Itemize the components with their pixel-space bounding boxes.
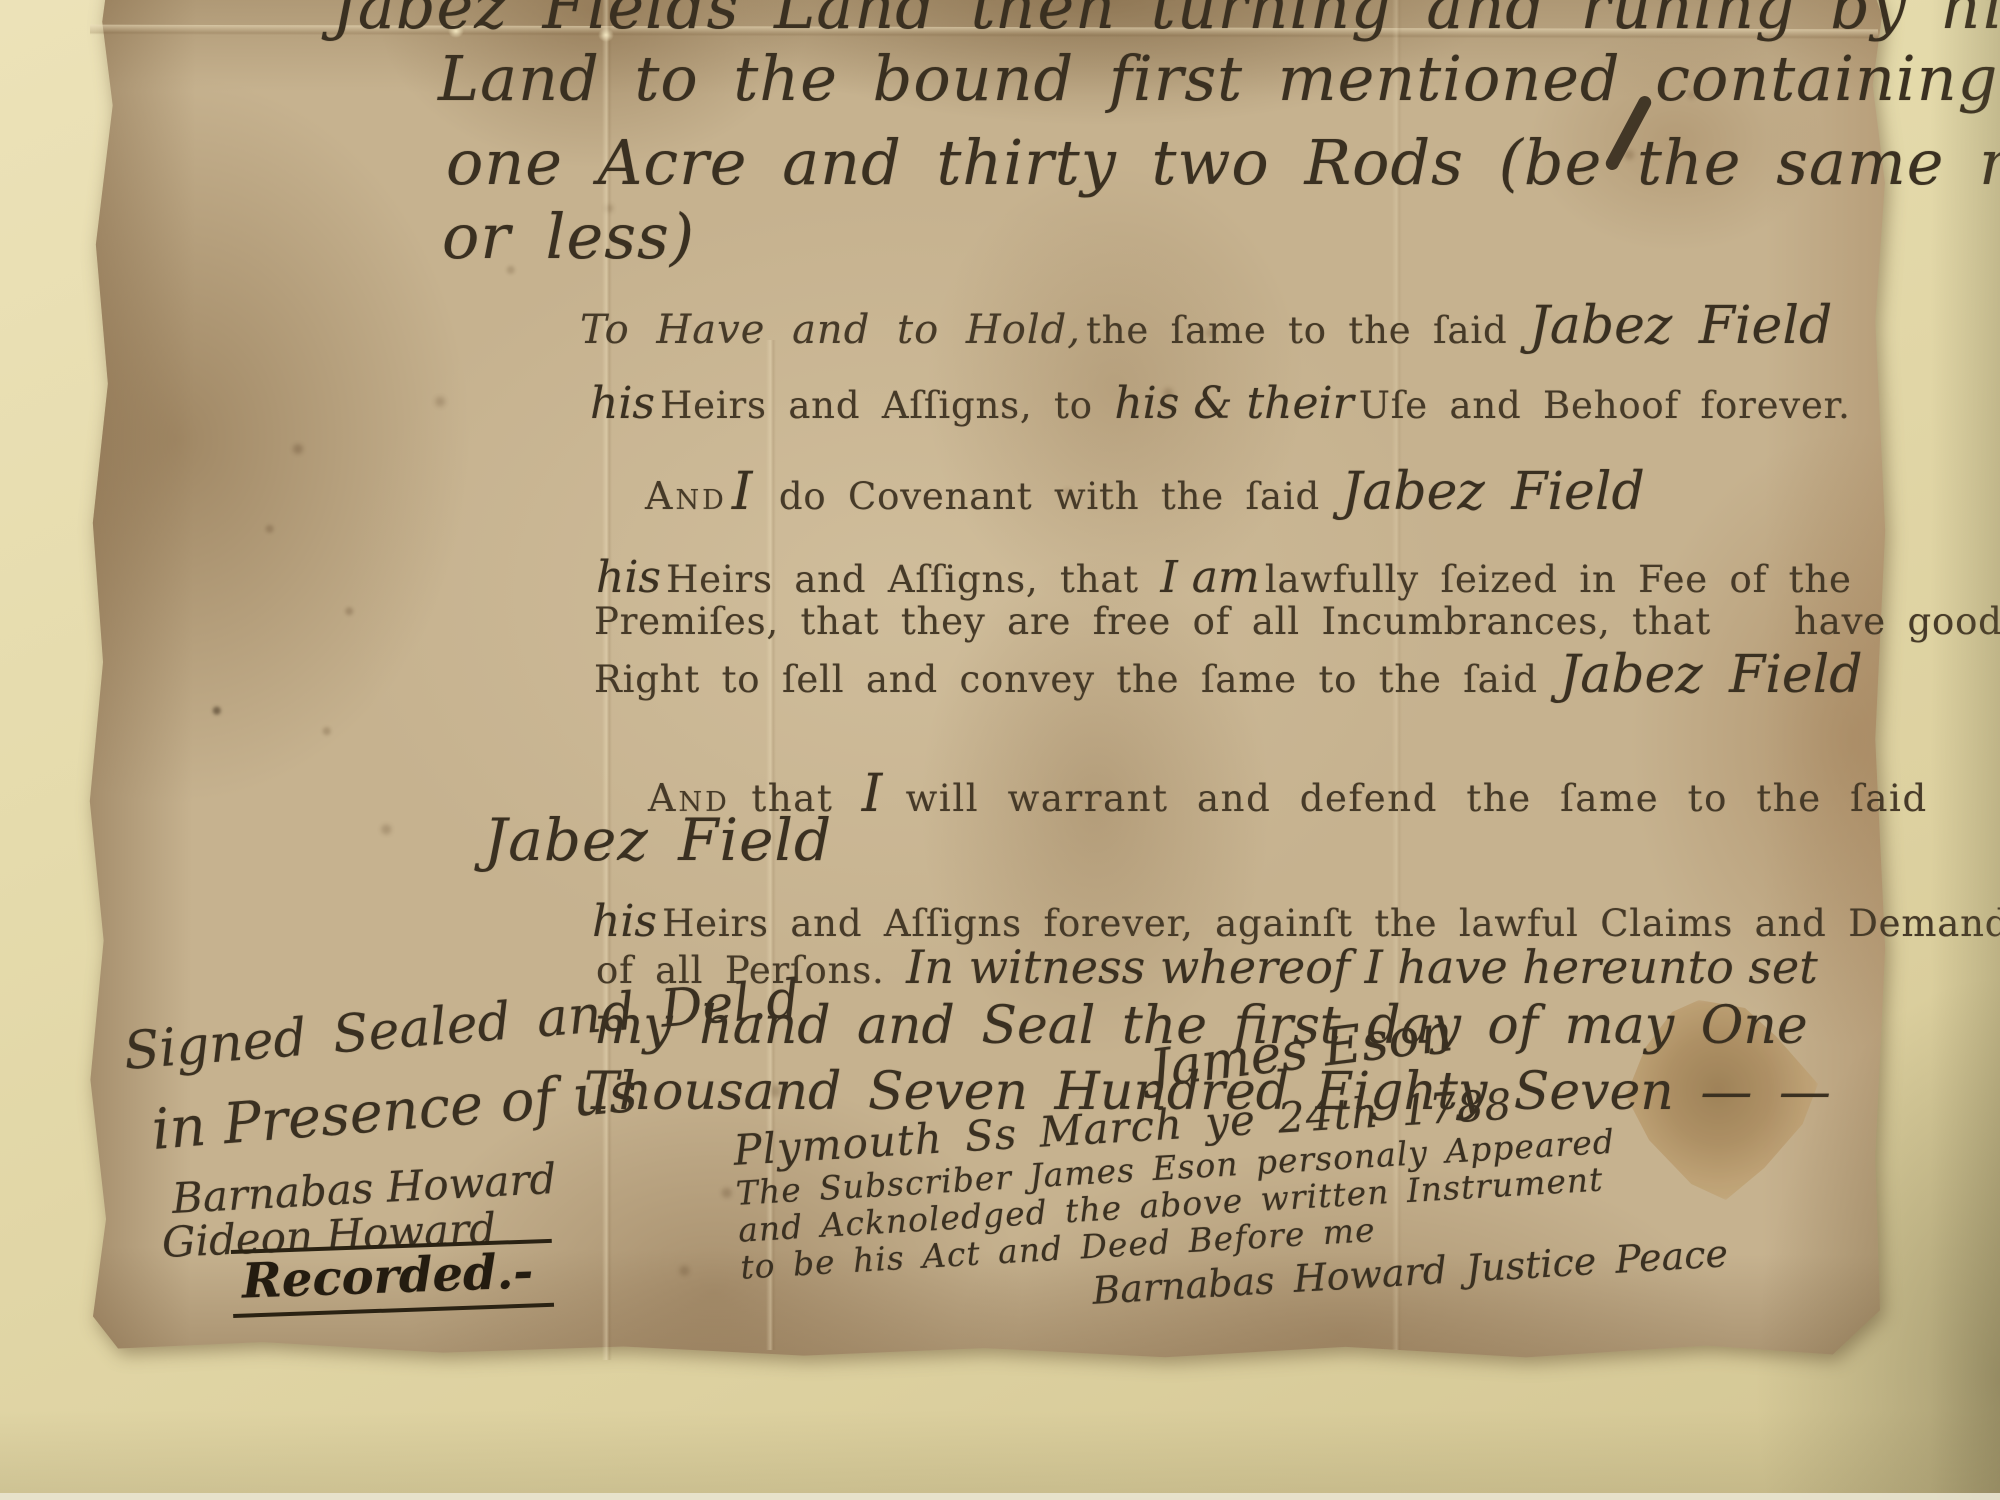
deed-photo: Jabez Fields Land then turning and runin…: [0, 0, 2000, 1500]
deed-line-8: his Heirs and Aſſigns, that I am lawfull…: [596, 552, 1852, 603]
habendum-printed: the ſame to the ſaid: [1086, 309, 1529, 352]
deed-line-2: Land to the bound first mentioned contai…: [438, 42, 1998, 115]
line-6-printed-b: Uſe and Behoof forever.: [1359, 384, 1851, 427]
deed-line-4-script: or less): [442, 200, 695, 273]
deed-line-2-script: Land to the bound first mentioned contai…: [438, 42, 1998, 115]
deed-line-1: Jabez Fields Land then turning and runin…: [332, 0, 2000, 43]
deed-line-3-script: one Acre and thirty two Rods (be the sam…: [446, 126, 2000, 199]
deed-line-7-covenant: And I do Covenant with the ſaid Jabez Fi…: [645, 462, 1645, 522]
line-6-printed-a: Heirs and Aſſigns, to: [660, 384, 1114, 427]
deed-text-layer: Jabez Fields Land then turning and runin…: [0, 0, 2000, 1500]
deed-line-11-warranty: And that I will warrant and defend the ſ…: [648, 764, 1928, 824]
deed-line-1-script: Jabez Fields Land then turning and runin…: [332, 0, 2000, 43]
line-10-grantee-name: Jabez Field: [1559, 645, 1862, 705]
presence-text: in Presence of us: [149, 1060, 639, 1163]
line-11-script-i: I: [862, 764, 884, 824]
line-8-script-his: his: [596, 552, 661, 603]
presence-line: in Presence of us: [149, 1060, 639, 1163]
recorded-text: Recorded.-: [231, 1239, 554, 1318]
deed-line-12-grantee-name: Jabez Field: [484, 806, 832, 874]
deed-line-3: one Acre and thirty two Rods (be the sam…: [446, 126, 2000, 199]
line-7-script-i: I: [732, 462, 779, 522]
line-8-printed-b: lawfully ſeized in Fee of the: [1265, 558, 1852, 601]
line-6-script-his: his: [590, 378, 655, 429]
line-9-printed-a: Premiſes, that they are free of all Incu…: [594, 600, 1711, 643]
recorded-notation: Recorded.-: [231, 1243, 554, 1310]
line-7-grantee-name: Jabez Field: [1342, 462, 1645, 522]
line-11-printed: will warrant and defend the ſame to the …: [906, 777, 1928, 820]
grantee-name-script: Jabez Field: [1529, 296, 1832, 356]
deed-line-6: his Heirs and Aſſigns, to his & their Uſ…: [590, 378, 1851, 429]
line-7-printed: do Covenant with the ſaid: [779, 475, 1342, 518]
line-12-grantee-name-script: Jabez Field: [484, 806, 832, 874]
mat-bottom-edge: [0, 1493, 2000, 1500]
line-10-printed: Right to ſell and convey the ſame to the…: [594, 658, 1559, 701]
line-14-script: In witness whereof I have hereunto set: [906, 940, 1818, 994]
line-8-printed-a: Heirs and Aſſigns, that: [666, 558, 1160, 601]
habendum-printed-italic: To Have and to Hold,: [580, 307, 1081, 353]
line-7-printed-and: And: [645, 474, 727, 518]
deed-line-4: or less): [442, 200, 695, 273]
deed-line-9: Premiſes, that they are free of all Incu…: [594, 600, 2000, 643]
line-9-printed-b: have good: [1794, 600, 2000, 643]
deed-line-10: Right to ſell and convey the ſame to the…: [594, 645, 1863, 705]
line-8-script-iam: I am: [1160, 552, 1259, 603]
line-6-script-interlined: his & their: [1114, 378, 1353, 429]
deed-line-5-habendum: To Have and to Hold, the ſame to the ſai…: [580, 296, 1832, 356]
line-13-printed: Heirs and Aſſigns forever, againſt the l…: [662, 902, 2000, 945]
